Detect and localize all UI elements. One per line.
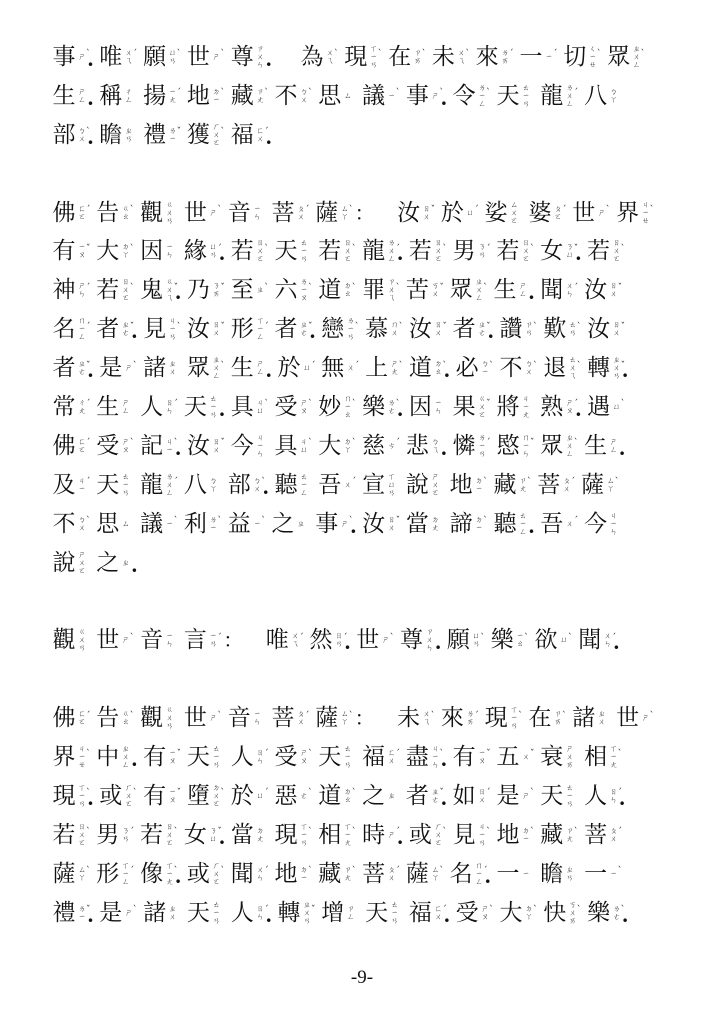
punctuation: . xyxy=(266,121,277,149)
annotated-character: 音ㄧㄣ xyxy=(227,706,271,730)
hanzi: 道 xyxy=(318,278,342,302)
zhuyin-annotation: ㄉㄧˋ xyxy=(475,477,488,493)
zhuyin-symbols: ㄧ xyxy=(522,870,530,878)
zhuyin-symbols: ㄈㄛ xyxy=(78,438,86,454)
zhuyin-annotation: ㄅㄨˋ xyxy=(78,516,91,532)
annotated-character: 世ㄕˋ xyxy=(186,45,230,69)
zhuyin-annotation: ㄓㄨㄥˋ xyxy=(633,45,646,69)
zhuyin-symbols: ㄆㄛ xyxy=(554,205,562,221)
hanzi: 妙 xyxy=(318,395,342,419)
zhuyin-symbols: ㄍㄨㄢ xyxy=(166,706,174,730)
annotated-character: 佛ㄈㄛˊ xyxy=(52,434,96,458)
zhuyin-tone-mark: ˊ xyxy=(396,750,401,758)
annotated-character: 一ㄧ xyxy=(496,862,540,886)
zhuyin-symbols: ㄨㄣ xyxy=(566,282,574,298)
zhuyin-symbols: ㄖㄨ xyxy=(212,321,220,337)
zhuyin-annotation: ㄆㄨˊ xyxy=(563,477,576,493)
zhuyin-annotation: ㄒㄧㄥˊ xyxy=(122,862,135,886)
hanzi: 議 xyxy=(140,512,164,536)
zhuyin-annotation: ㄕˋ xyxy=(125,364,138,372)
zhuyin-tone-mark: ˋ xyxy=(650,206,655,214)
zhuyin-symbols: ㄕ xyxy=(212,53,220,61)
zhuyin-tone-mark: ˋ xyxy=(641,50,646,58)
zhuyin-tone-mark: ˋ xyxy=(465,50,470,58)
hanzi: 藏 xyxy=(493,473,517,497)
zhuyin-symbols: ㄐㄧㄣ xyxy=(610,512,618,536)
zhuyin-symbols: ㄩㄢ xyxy=(209,243,217,259)
zhuyin-symbols: ㄙㄚ xyxy=(431,866,439,882)
annotated-character: 今ㄐㄧㄣ xyxy=(230,434,274,458)
zhuyin-symbols: ㄧㄡ xyxy=(478,749,486,765)
zhuyin-symbols: ㄉㄚ xyxy=(122,243,130,259)
zhuyin-tone-mark: ˇ xyxy=(439,284,444,292)
annotated-character: 相ㄒㄧㄤˋ xyxy=(318,823,362,847)
annotated-character: 吾ㄨˊ xyxy=(540,512,584,536)
paragraph: 佛ㄈㄛˊ告ㄍㄠˋ觀ㄍㄨㄢ世ㄕˋ音ㄧㄣ菩ㄆㄨˊ薩ㄙㄚˋ： 汝ㄖㄨˇ於ㄩˊ娑ㄙㄨㄛ婆… xyxy=(52,193,659,582)
zhuyin-annotation: ㄕˋ xyxy=(122,636,135,644)
annotated-character: 議ㄧˋ xyxy=(362,84,406,108)
zhuyin-annotation: ㄔㄤˊ xyxy=(78,399,91,415)
annotated-character: 佛ㄈㄛˊ xyxy=(52,201,96,225)
annotated-character: 增ㄗㄥ xyxy=(321,901,365,925)
zhuyin-annotation: ㄑㄧㄝˋ xyxy=(589,45,602,69)
hanzi: 之 xyxy=(271,512,295,536)
zhuyin-tone-mark: ˋ xyxy=(308,750,313,758)
hanzi: 諸 xyxy=(572,706,596,730)
annotated-character: 揚ㄧㄤˊ xyxy=(143,84,187,108)
zhuyin-annotation: ㄨㄟˊ xyxy=(291,632,304,648)
annotated-character: 觀ㄍㄨㄢ xyxy=(52,628,96,652)
zhuyin-tone-mark: ˋ xyxy=(308,284,313,292)
zhuyin-tone-mark: ˊ xyxy=(299,634,304,642)
zhuyin-tone-mark: ˇ xyxy=(220,439,225,447)
text-line: 常ㄔㄤˊ生ㄕㄥ人ㄖㄣˊ天ㄊㄧㄢ.具ㄐㄩˋ受ㄕㄡˋ妙ㄇㄧㄠˋ樂ㄌㄜˋ.因ㄧㄣ果ㄍㄨ… xyxy=(52,388,659,427)
zhuyin-tone-mark: ˇ xyxy=(177,128,182,136)
annotated-character: 受ㄕㄡˋ xyxy=(96,434,140,458)
zhuyin-symbols: ㄖㄨㄛ xyxy=(166,823,174,847)
zhuyin-tone-mark: ˋ xyxy=(220,89,225,97)
hanzi: 藏 xyxy=(318,862,342,886)
zhuyin-annotation: ㄉㄨㄛˋ xyxy=(212,784,225,808)
zhuyin-annotation: ㄒㄧㄥˊ xyxy=(256,317,269,341)
zhuyin-symbols: ㄧㄡ xyxy=(169,788,177,804)
zhuyin-tone-mark: ˋ xyxy=(133,906,138,914)
hanzi: 人 xyxy=(230,901,254,925)
hanzi: 觀 xyxy=(52,628,76,652)
hanzi: 及 xyxy=(52,473,76,497)
hanzi: 當 xyxy=(230,823,254,847)
zhuyin-tone-mark: ˇ xyxy=(618,284,623,292)
hanzi: 大 xyxy=(499,901,523,925)
annotated-character: 罪ㄗㄨㄟˋ xyxy=(362,278,406,302)
zhuyin-symbols: ㄇㄧㄥ xyxy=(475,862,483,886)
zhuyin-tone-mark: ˇ xyxy=(177,750,182,758)
annotated-character: 龍ㄌㄨㄥˊ xyxy=(140,473,184,497)
hanzi: 轉 xyxy=(277,901,301,925)
zhuyin-annotation: ㄙㄚˋ xyxy=(431,866,444,882)
hanzi: 是 xyxy=(99,901,123,925)
zhuyin-annotation: ㄌㄧˇ xyxy=(169,127,182,143)
zhuyin-symbols: ㄖㄨㄛ xyxy=(256,239,264,263)
annotated-character: 薩ㄙㄚˋ xyxy=(405,862,449,886)
hanzi: 吾 xyxy=(318,473,342,497)
punctuation: . xyxy=(441,743,452,771)
zhuyin-annotation: ㄖㄨㄛˋ xyxy=(613,239,626,263)
zhuyin-annotation: ㄍㄨㄢ xyxy=(166,201,179,225)
annotated-character: 受ㄕㄡˋ xyxy=(455,901,499,925)
zhuyin-tone-mark: ˊ xyxy=(474,712,479,720)
zhuyin-tone-mark: ˋ xyxy=(86,867,91,875)
hanzi: 地 xyxy=(449,473,473,497)
zhuyin-symbols: ㄕ xyxy=(125,909,133,917)
zhuyin-annotation: ㄍㄨㄢ xyxy=(78,628,91,652)
zhuyin-symbols: ㄖㄨㄛ xyxy=(522,239,530,263)
zhuyin-annotation: ㄕㄡˋ xyxy=(300,399,313,415)
punctuation: . xyxy=(175,860,186,888)
zhuyin-symbols: ㄈㄨ xyxy=(388,749,396,765)
hanzi: 人 xyxy=(230,745,254,769)
hanzi: 形 xyxy=(230,317,254,341)
punctuation: . xyxy=(263,471,274,499)
zhuyin-symbols: ㄕㄥ xyxy=(519,282,527,298)
zhuyin-tone-mark: ˋ xyxy=(133,362,138,370)
hanzi: 憐 xyxy=(452,434,476,458)
punctuation: . xyxy=(622,354,633,382)
zhuyin-tone-mark: ˋ xyxy=(399,323,404,331)
zhuyin-symbols: ㄊㄨㄟ xyxy=(569,356,577,380)
punctuation: . xyxy=(266,354,277,382)
annotated-character: 見ㄐㄧㄢˋ xyxy=(452,823,496,847)
zhuyin-annotation: ㄉㄧˋ xyxy=(300,866,313,882)
zhuyin-annotation: ㄒㄧㄤˋ xyxy=(610,745,623,769)
annotated-character: 天ㄊㄧㄢ xyxy=(365,901,409,925)
zhuyin-annotation: ㄐㄧㄣ xyxy=(256,434,269,458)
zhuyin-tone-mark: ˋ xyxy=(352,828,357,836)
hanzi: 者 xyxy=(52,356,76,380)
text-line: 現ㄒㄧㄢˋ.或ㄏㄨㄛˋ有ㄧㄡˇ墮ㄉㄨㄛˋ於ㄩˊ惡ㄜˋ道ㄉㄠˋ之ㄓ者ㄓㄜˇ.如ㄖㄨ… xyxy=(52,776,659,815)
zhuyin-symbols: ㄒㄧㄥ xyxy=(122,862,130,886)
zhuyin-symbols: ㄅㄚ xyxy=(610,88,618,104)
hanzi: 願 xyxy=(446,628,470,652)
hanzi: 菩 xyxy=(584,823,608,847)
hanzi: 欲 xyxy=(534,628,558,652)
zhuyin-tone-mark: ˊ xyxy=(486,439,491,447)
hanzi: 愍 xyxy=(496,434,520,458)
hanzi: 果 xyxy=(452,395,476,419)
zhuyin-tone-mark: ˇ xyxy=(177,789,182,797)
zhuyin-symbols: ㄧㄠ xyxy=(516,632,524,648)
zhuyin-annotation: ㄅㄨˋ xyxy=(300,88,313,104)
annotated-character: 世ㄕˋ xyxy=(183,706,227,730)
zhuyin-tone-mark: ˋ xyxy=(264,400,269,408)
annotated-character: 是ㄕˋ xyxy=(99,901,143,925)
annotated-character: 大ㄉㄚˋ xyxy=(96,239,140,263)
zhuyin-annotation: ㄉㄚˋ xyxy=(344,438,357,454)
zhuyin-tone-mark: ˋ xyxy=(615,478,620,486)
annotated-character: 汝ㄖㄨˇ xyxy=(584,278,628,302)
hanzi: 增 xyxy=(321,901,345,925)
zhuyin-tone-mark: ˋ xyxy=(133,789,138,797)
zhuyin-symbols: ㄖㄨ xyxy=(212,438,220,454)
zhuyin-annotation: ㄧˋ xyxy=(388,92,401,100)
zhuyin-annotation: ㄧˊ xyxy=(545,53,558,61)
hanzi: 言 xyxy=(183,628,207,652)
zhuyin-annotation: ㄧˋ xyxy=(610,870,623,878)
hanzi: 天 xyxy=(274,239,298,263)
zhuyin-annotation: ㄖㄨˊ xyxy=(478,788,491,804)
hanzi: 現 xyxy=(484,706,508,730)
zhuyin-annotation: ㄧㄡˇ xyxy=(478,749,491,765)
zhuyin-tone-mark: ˋ xyxy=(524,634,529,642)
zhuyin-annotation: ㄖㄨㄛˋ xyxy=(78,823,91,847)
zhuyin-annotation: ㄎㄨㄞˋ xyxy=(569,901,582,925)
hanzi: 若 xyxy=(408,239,432,263)
zhuyin-tone-mark: ˇ xyxy=(621,323,626,331)
zhuyin-symbols: ㄉㄨㄛ xyxy=(212,784,220,808)
hanzi: 於 xyxy=(277,356,301,380)
punctuation: . xyxy=(219,821,230,849)
zhuyin-symbols: ㄍㄠ xyxy=(122,205,130,221)
zhuyin-symbols: ㄕ xyxy=(522,792,530,800)
zhuyin-annotation: ㄗㄨㄟˋ xyxy=(388,278,401,302)
zhuyin-tone-mark: ˋ xyxy=(220,128,225,136)
zhuyin-symbols: ㄕㄣ xyxy=(78,282,86,298)
zhuyin-symbols: ㄨㄟ xyxy=(326,49,334,65)
annotated-character: 娑ㄙㄨㄛ xyxy=(484,201,528,225)
zhuyin-symbols: ㄒㄧㄢ xyxy=(78,784,86,808)
zhuyin-symbols: ㄅㄟ xyxy=(431,438,439,454)
punctuation: . xyxy=(88,782,99,810)
annotated-character: 若ㄖㄨㄛˋ xyxy=(496,239,540,263)
zhuyin-annotation: ㄐㄩˋ xyxy=(300,438,313,454)
zhuyin-annotation: ㄨㄟˋ xyxy=(457,49,470,65)
zhuyin-symbols: ㄐㄧㄝ xyxy=(78,745,86,769)
annotated-character: 菩ㄆㄨˊ xyxy=(537,473,581,497)
zhuyin-symbols: ㄘ xyxy=(388,442,396,450)
zhuyin-symbols: ㄩ xyxy=(466,209,474,217)
text-line: 名ㄇㄧㄥˊ者ㄓㄜˇ.見ㄐㄧㄢˋ汝ㄖㄨˇ形ㄒㄧㄥˊ者ㄓㄜˇ.戀ㄌㄧㄢˋ慕ㄇㄨˋ汝ㄖ… xyxy=(52,310,659,349)
zhuyin-symbols: ㄋㄢ xyxy=(478,243,486,259)
zhuyin-tone-mark: ˋ xyxy=(308,867,313,875)
zhuyin-annotation: ㄋㄢˊ xyxy=(478,243,491,259)
zhuyin-annotation: ㄕㄨㄛ xyxy=(78,551,91,575)
hanzi: 眾 xyxy=(186,356,210,380)
punctuation: . xyxy=(444,354,455,382)
text-line: 佛ㄈㄛˊ告ㄍㄠˋ觀ㄍㄨㄢ世ㄕˋ音ㄧㄣ菩ㄆㄨˊ薩ㄙㄚˋ： 未ㄨㄟˋ來ㄌㄞˊ現ㄒㄧㄢ… xyxy=(52,699,659,738)
hanzi: 樂 xyxy=(490,628,514,652)
paragraph: 觀ㄍㄨㄢ世ㄕˋ音ㄧㄣ言ㄧㄢˊ： 唯ㄨㄟˊ然ㄖㄢˊ.世ㄕˋ尊ㄗㄨㄣ.願ㄩㄢˋ樂ㄧㄠ… xyxy=(52,621,659,660)
zhuyin-symbols: ㄩ xyxy=(303,364,311,372)
hanzi: 然 xyxy=(309,628,333,652)
text-line: 有ㄧㄡˇ大ㄉㄚˋ因ㄧㄣ緣ㄩㄢˊ.若ㄖㄨㄛˋ天ㄊㄧㄢ若ㄖㄨㄛˋ龍ㄌㄨㄥˊ.若ㄖㄨㄛ… xyxy=(52,232,659,271)
annotated-character: 說ㄕㄨㄛ xyxy=(52,551,96,575)
zhuyin-tone-mark: ˊ xyxy=(86,284,91,292)
zhuyin-tone-mark: ˊ xyxy=(571,478,576,486)
hanzi: 地 xyxy=(496,823,520,847)
zhuyin-symbols: ㄕㄥ xyxy=(256,360,264,376)
hanzi: 汝 xyxy=(397,201,421,225)
hanzi: 大 xyxy=(318,434,342,458)
zhuyin-symbols: ㄧㄤ xyxy=(169,88,177,104)
zhuyin-tone-mark: ˋ xyxy=(220,362,225,370)
zhuyin-annotation: ㄧㄡˇ xyxy=(169,749,182,765)
annotated-character: 地ㄉㄧˋ xyxy=(186,84,230,108)
hanzi: 菩 xyxy=(537,473,561,497)
zhuyin-symbols: ㄧ xyxy=(545,53,553,61)
zhuyin-annotation: ㄖㄨㄛˋ xyxy=(122,278,135,302)
hanzi: 樂 xyxy=(587,901,611,925)
hanzi: 像 xyxy=(140,862,164,886)
zhuyin-tone-mark: ˋ xyxy=(130,206,135,214)
zhuyin-tone-mark: ˇ xyxy=(530,439,535,447)
zhuyin-annotation: ㄉㄠˋ xyxy=(344,282,357,298)
annotated-character: 有ㄧㄡˇ xyxy=(143,784,187,808)
zhuyin-tone-mark: ˊ xyxy=(86,712,91,720)
zhuyin-annotation: ㄉㄠˋ xyxy=(344,788,357,804)
zhuyin-symbols: ㄕ xyxy=(431,92,439,100)
annotated-character: 墮ㄉㄨㄛˋ xyxy=(186,784,230,808)
hanzi: 名 xyxy=(449,862,473,886)
zhuyin-annotation: ㄓㄨ xyxy=(169,360,182,376)
zhuyin-symbols: ㄑㄧㄝ xyxy=(589,45,597,69)
zhuyin-symbols: ㄉㄚ xyxy=(525,905,533,921)
zhuyin-symbols: ㄌㄧ xyxy=(169,127,177,143)
annotated-character: 汝ㄖㄨˇ xyxy=(362,512,406,536)
hanzi: 菩 xyxy=(362,862,386,886)
zhuyin-annotation: ㄕˋ xyxy=(125,909,138,917)
zhuyin-symbols: ㄅㄧ xyxy=(481,360,489,376)
punctuation: . xyxy=(132,549,143,577)
annotated-character: 瞻ㄓㄢ xyxy=(99,123,143,147)
hanzi: 若 xyxy=(230,239,254,263)
zhuyin-annotation: ㄈㄛˊ xyxy=(78,205,91,221)
hanzi: 世 xyxy=(616,706,640,730)
annotated-character: 眾ㄓㄨㄥˋ xyxy=(607,45,651,69)
annotated-character: 未ㄨㄟˋ xyxy=(397,706,441,730)
punctuation: ： xyxy=(351,706,397,730)
zhuyin-tone-mark: ˋ xyxy=(489,362,494,370)
zhuyin-symbols: ㄉㄧ xyxy=(475,516,483,532)
zhuyin-symbols: ㄕㄥ xyxy=(78,88,86,104)
annotated-character: 乃ㄋㄞˇ xyxy=(186,278,230,302)
zhuyin-annotation: ㄩˋ xyxy=(613,403,626,411)
zhuyin-symbols: ㄗㄨㄣ xyxy=(256,45,264,69)
zhuyin-annotation: ㄌㄧㄡˋ xyxy=(300,278,313,302)
zhuyin-annotation: ㄏㄨㄛˋ xyxy=(212,123,225,147)
zhuyin-annotation: ㄖㄨㄛˋ xyxy=(434,239,447,263)
hanzi: 事 xyxy=(405,84,429,108)
zhuyin-symbols: ㄉㄧ xyxy=(522,827,530,843)
zhuyin-symbols: ㄧㄡ xyxy=(78,243,86,259)
hanzi: 世 xyxy=(183,706,207,730)
hanzi: 獲 xyxy=(186,123,210,147)
annotated-character: 憐ㄌㄧㄢˊ xyxy=(452,434,496,458)
zhuyin-symbols: ㄒㄧㄤ xyxy=(610,745,618,769)
zhuyin-annotation: ㄒㄧㄢˋ xyxy=(370,45,383,69)
zhuyin-symbols: ㄏㄨㄛ xyxy=(212,123,220,147)
annotated-character: 及ㄐㄧˊ xyxy=(52,473,96,497)
hanzi: 世 xyxy=(183,201,207,225)
zhuyin-tone-mark: ˊ xyxy=(86,400,91,408)
annotated-character: 宣ㄒㄩㄢ xyxy=(362,473,406,497)
zhuyin-annotation: ㄗㄤˋ xyxy=(519,477,532,493)
zhuyin-symbols: ㄍㄨㄟ xyxy=(166,278,174,302)
hanzi: 有 xyxy=(143,784,167,808)
zhuyin-symbols: ㄊㄧㄢ xyxy=(212,745,220,769)
zhuyin-symbols: ㄧ xyxy=(610,870,618,878)
zhuyin-annotation: ㄐㄧㄝˋ xyxy=(642,201,655,225)
hanzi: 於 xyxy=(440,201,464,225)
zhuyin-symbols: ㄇㄧㄥ xyxy=(78,317,86,341)
zhuyin-symbols: ㄉㄚ xyxy=(344,438,352,454)
zhuyin-symbols: ㄓㄨㄥ xyxy=(566,434,574,458)
zhuyin-tone-mark: ˋ xyxy=(530,789,535,797)
zhuyin-annotation: ㄊㄧㄢ xyxy=(522,84,535,108)
annotated-character: 人ㄖㄣˊ xyxy=(230,745,274,769)
zhuyin-tone-mark: ˋ xyxy=(606,206,611,214)
annotated-character: 若ㄖㄨㄛˋ xyxy=(587,239,631,263)
annotated-character: 在ㄗㄞˋ xyxy=(528,706,572,730)
annotated-character: 上ㄕㄤˋ xyxy=(365,356,409,380)
zhuyin-symbols: ㄐㄧㄣ xyxy=(256,434,264,458)
zhuyin-annotation: ㄖㄨˇ xyxy=(610,282,623,298)
zhuyin-tone-mark: ˋ xyxy=(352,789,357,797)
zhuyin-tone-mark: ˋ xyxy=(355,323,360,331)
zhuyin-tone-mark: ˋ xyxy=(527,478,532,486)
zhuyin-tone-mark: ˋ xyxy=(378,50,383,58)
hanzi: 薩 xyxy=(581,473,605,497)
zhuyin-annotation: ㄖㄨˇ xyxy=(212,438,225,454)
annotated-character: 遇ㄩˋ xyxy=(587,395,631,419)
annotated-character: 大ㄉㄚˋ xyxy=(499,901,543,925)
annotated-character: 若ㄖㄨㄛˋ xyxy=(140,823,184,847)
text-line: 佛ㄈㄛˊ告ㄍㄠˋ觀ㄍㄨㄢ世ㄕˋ音ㄧㄣ菩ㄆㄨˊ薩ㄙㄚˋ： 汝ㄖㄨˇ於ㄩˊ娑ㄙㄨㄛ婆… xyxy=(52,193,659,232)
hanzi: 樂 xyxy=(362,395,386,419)
hanzi: 鬼 xyxy=(140,278,164,302)
hanzi: 歎 xyxy=(543,317,567,341)
zhuyin-annotation: ㄧㄡˇ xyxy=(78,243,91,259)
annotated-character: 福ㄈㄨˊ xyxy=(362,745,406,769)
annotated-character: 人ㄖㄣˊ xyxy=(140,395,184,419)
zhuyin-symbols: ㄖㄨ xyxy=(613,321,621,337)
annotated-character: 道ㄉㄠˋ xyxy=(318,278,362,302)
zhuyin-annotation: ㄆㄛˊ xyxy=(554,205,567,221)
hanzi: 菩 xyxy=(271,706,295,730)
zhuyin-symbols: ㄉㄧ xyxy=(212,88,220,104)
zhuyin-annotation: ㄧˋ xyxy=(253,520,266,528)
zhuyin-symbols: ㄗㄤ xyxy=(519,477,527,493)
hanzi: 觀 xyxy=(140,201,164,225)
zhuyin-symbols: ㄒㄧㄢ xyxy=(300,823,308,847)
zhuyin-symbols: ㄨ xyxy=(344,481,352,489)
text-line: 部ㄅㄨˋ.瞻ㄓㄢ禮ㄌㄧˇ獲ㄏㄨㄛˋ福ㄈㄨˊ. xyxy=(52,115,659,154)
zhuyin-annotation: ㄉㄤ xyxy=(256,827,269,843)
zhuyin-annotation: ㄊㄧㄢ xyxy=(344,745,357,769)
zhuyin-tone-mark: ˋ xyxy=(352,400,357,408)
zhuyin-annotation: ㄋㄢˊ xyxy=(122,827,135,843)
zhuyin-symbols: ㄩ xyxy=(256,792,264,800)
hanzi: 受 xyxy=(274,395,298,419)
zhuyin-annotation: ㄉㄧˋ xyxy=(212,88,225,104)
hanzi: 必 xyxy=(455,356,479,380)
annotated-character: 有ㄧㄡˇ xyxy=(143,745,187,769)
annotated-character: 吾ㄨˊ xyxy=(318,473,362,497)
zhuyin-symbols: ㄌㄧㄡ xyxy=(300,278,308,302)
zhuyin-symbols: ㄋㄩ xyxy=(566,243,574,259)
zhuyin-tone-mark: ˋ xyxy=(530,245,535,253)
zhuyin-annotation: ㄧㄠˋ xyxy=(516,632,529,648)
zhuyin-symbols: ㄓㄜ xyxy=(478,321,486,337)
